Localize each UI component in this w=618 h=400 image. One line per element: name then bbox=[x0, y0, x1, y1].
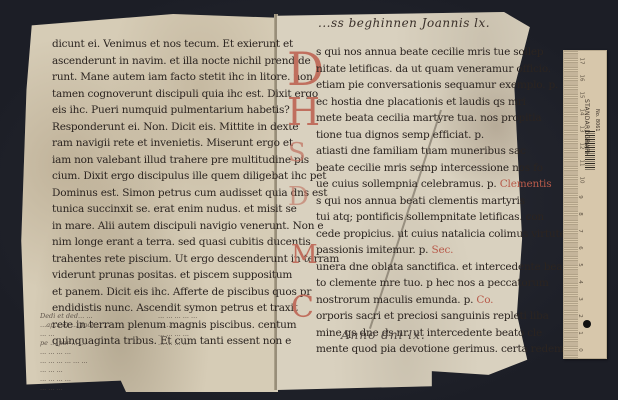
ruler-number: 16 bbox=[579, 75, 585, 82]
note-line: ... ... ... ... bbox=[40, 375, 110, 384]
ruler-number: 7 bbox=[577, 229, 583, 233]
note-line: ... ... ... ... ... ... bbox=[40, 357, 110, 366]
note-line: ... ... ... ... bbox=[40, 348, 110, 357]
note-line: ...ap... et ... pach... ... bbox=[40, 321, 110, 330]
ruler-number: 17 bbox=[579, 58, 585, 65]
ruler-number: 6 bbox=[577, 246, 583, 250]
pencil-annotation: Anno dni lx. bbox=[341, 328, 426, 342]
ruler-number: 3 bbox=[577, 297, 583, 301]
note-line: ... ... ... ... ... bbox=[158, 321, 197, 330]
red-initial: D bbox=[288, 182, 309, 212]
ruler-number: 1 bbox=[577, 331, 583, 335]
ruler-number: 9 bbox=[577, 195, 583, 199]
ruler-hole bbox=[583, 320, 591, 328]
note-line: pe ... par ... ... bbox=[40, 339, 110, 348]
red-initial: M bbox=[291, 240, 318, 270]
note-line: ... ... ... bbox=[40, 366, 110, 375]
red-initial: S bbox=[288, 138, 306, 168]
note-line: ... ... ... ... ... bbox=[158, 312, 197, 321]
ruler-number: 8 bbox=[577, 212, 583, 216]
note-line: ... ... bbox=[40, 330, 110, 339]
ruler-number: 4 bbox=[577, 280, 583, 284]
note-line: ... ... ... bbox=[40, 384, 110, 393]
note-line: ... ... ... ... bbox=[158, 330, 197, 339]
ruler-number: 10 bbox=[579, 177, 585, 184]
page-heading: ...ss beghinnen Joannis lx. bbox=[318, 16, 490, 30]
marginalia-notes-left: Dedi et ded... ... ...ap... et ... pach.… bbox=[40, 312, 110, 393]
scale-ruler: 0 1 2 3 4 5 6 7 8 9 10 11 12 13 14 15 16… bbox=[563, 50, 607, 359]
ruler-tick-marks bbox=[564, 51, 578, 358]
marginalia-notes-right: ... ... ... ... ... ... ... ... ... ... … bbox=[158, 312, 197, 348]
barcode bbox=[585, 131, 595, 171]
red-initial: C bbox=[291, 290, 314, 325]
note-line: Dedi et ded... ... bbox=[40, 312, 110, 321]
ruler-model: No. 8061 bbox=[594, 109, 600, 132]
ruler-number: 5 bbox=[577, 263, 583, 267]
ruler-number: 11 bbox=[579, 160, 585, 167]
ruler-number: 15 bbox=[579, 92, 585, 99]
note-line: ... ... ... ... bbox=[158, 339, 197, 348]
ruler-number: 0 bbox=[577, 348, 583, 352]
ruler-number: 2 bbox=[577, 314, 583, 318]
text-line: in mare. Alii autem discipuli navigio ve… bbox=[52, 218, 339, 235]
